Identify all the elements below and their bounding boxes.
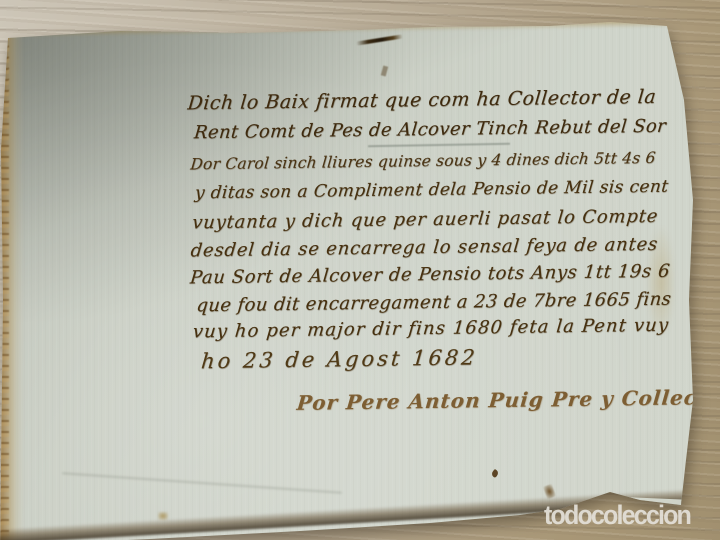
manuscript-line-9: vuy ho per major dir fins 1680 feta la P… — [192, 315, 670, 343]
manuscript-line-7: Pau Sort de Alcover de Pensio tots Anys … — [189, 261, 671, 289]
paper-wrapper: Dich lo Baix firmat que com ha Collector… — [0, 0, 720, 540]
wood-background: Dich lo Baix firmat que com ha Collector… — [0, 0, 720, 540]
manuscript-line-5: vuytanta y dich que per auerli pasat lo … — [191, 206, 659, 234]
manuscript-line-6: desdel dia se encarrega lo sensal feya d… — [190, 234, 659, 262]
manuscript-line-2: Rent Comt de Pes de Alcover Tinch Rebut … — [193, 116, 667, 144]
watermark-logo: todocoleccion — [544, 502, 690, 529]
handwritten-text: Dich lo Baix firmat que com ha Collector… — [0, 0, 720, 540]
paper-right-edge-stain — [705, 15, 720, 520]
paper-sheet: Dich lo Baix firmat que com ha Collector… — [0, 0, 720, 540]
manuscript-line-1: Dich lo Baix firmat que com ha Collector… — [187, 86, 658, 115]
manuscript-line-4: y ditas son a Compliment dela Pensio de … — [194, 177, 669, 204]
manuscript-line-3: Dor Carol sinch lliures quinse sous y 4 … — [190, 149, 657, 174]
manuscript-line-10: ho 23 de Agost 1682 — [200, 345, 479, 373]
signature-line: Por Pere Anton Puig Pre y Collector — [296, 385, 720, 415]
manuscript-line-8: que fou dit encarregament a 23 de 7bre 1… — [196, 289, 673, 317]
